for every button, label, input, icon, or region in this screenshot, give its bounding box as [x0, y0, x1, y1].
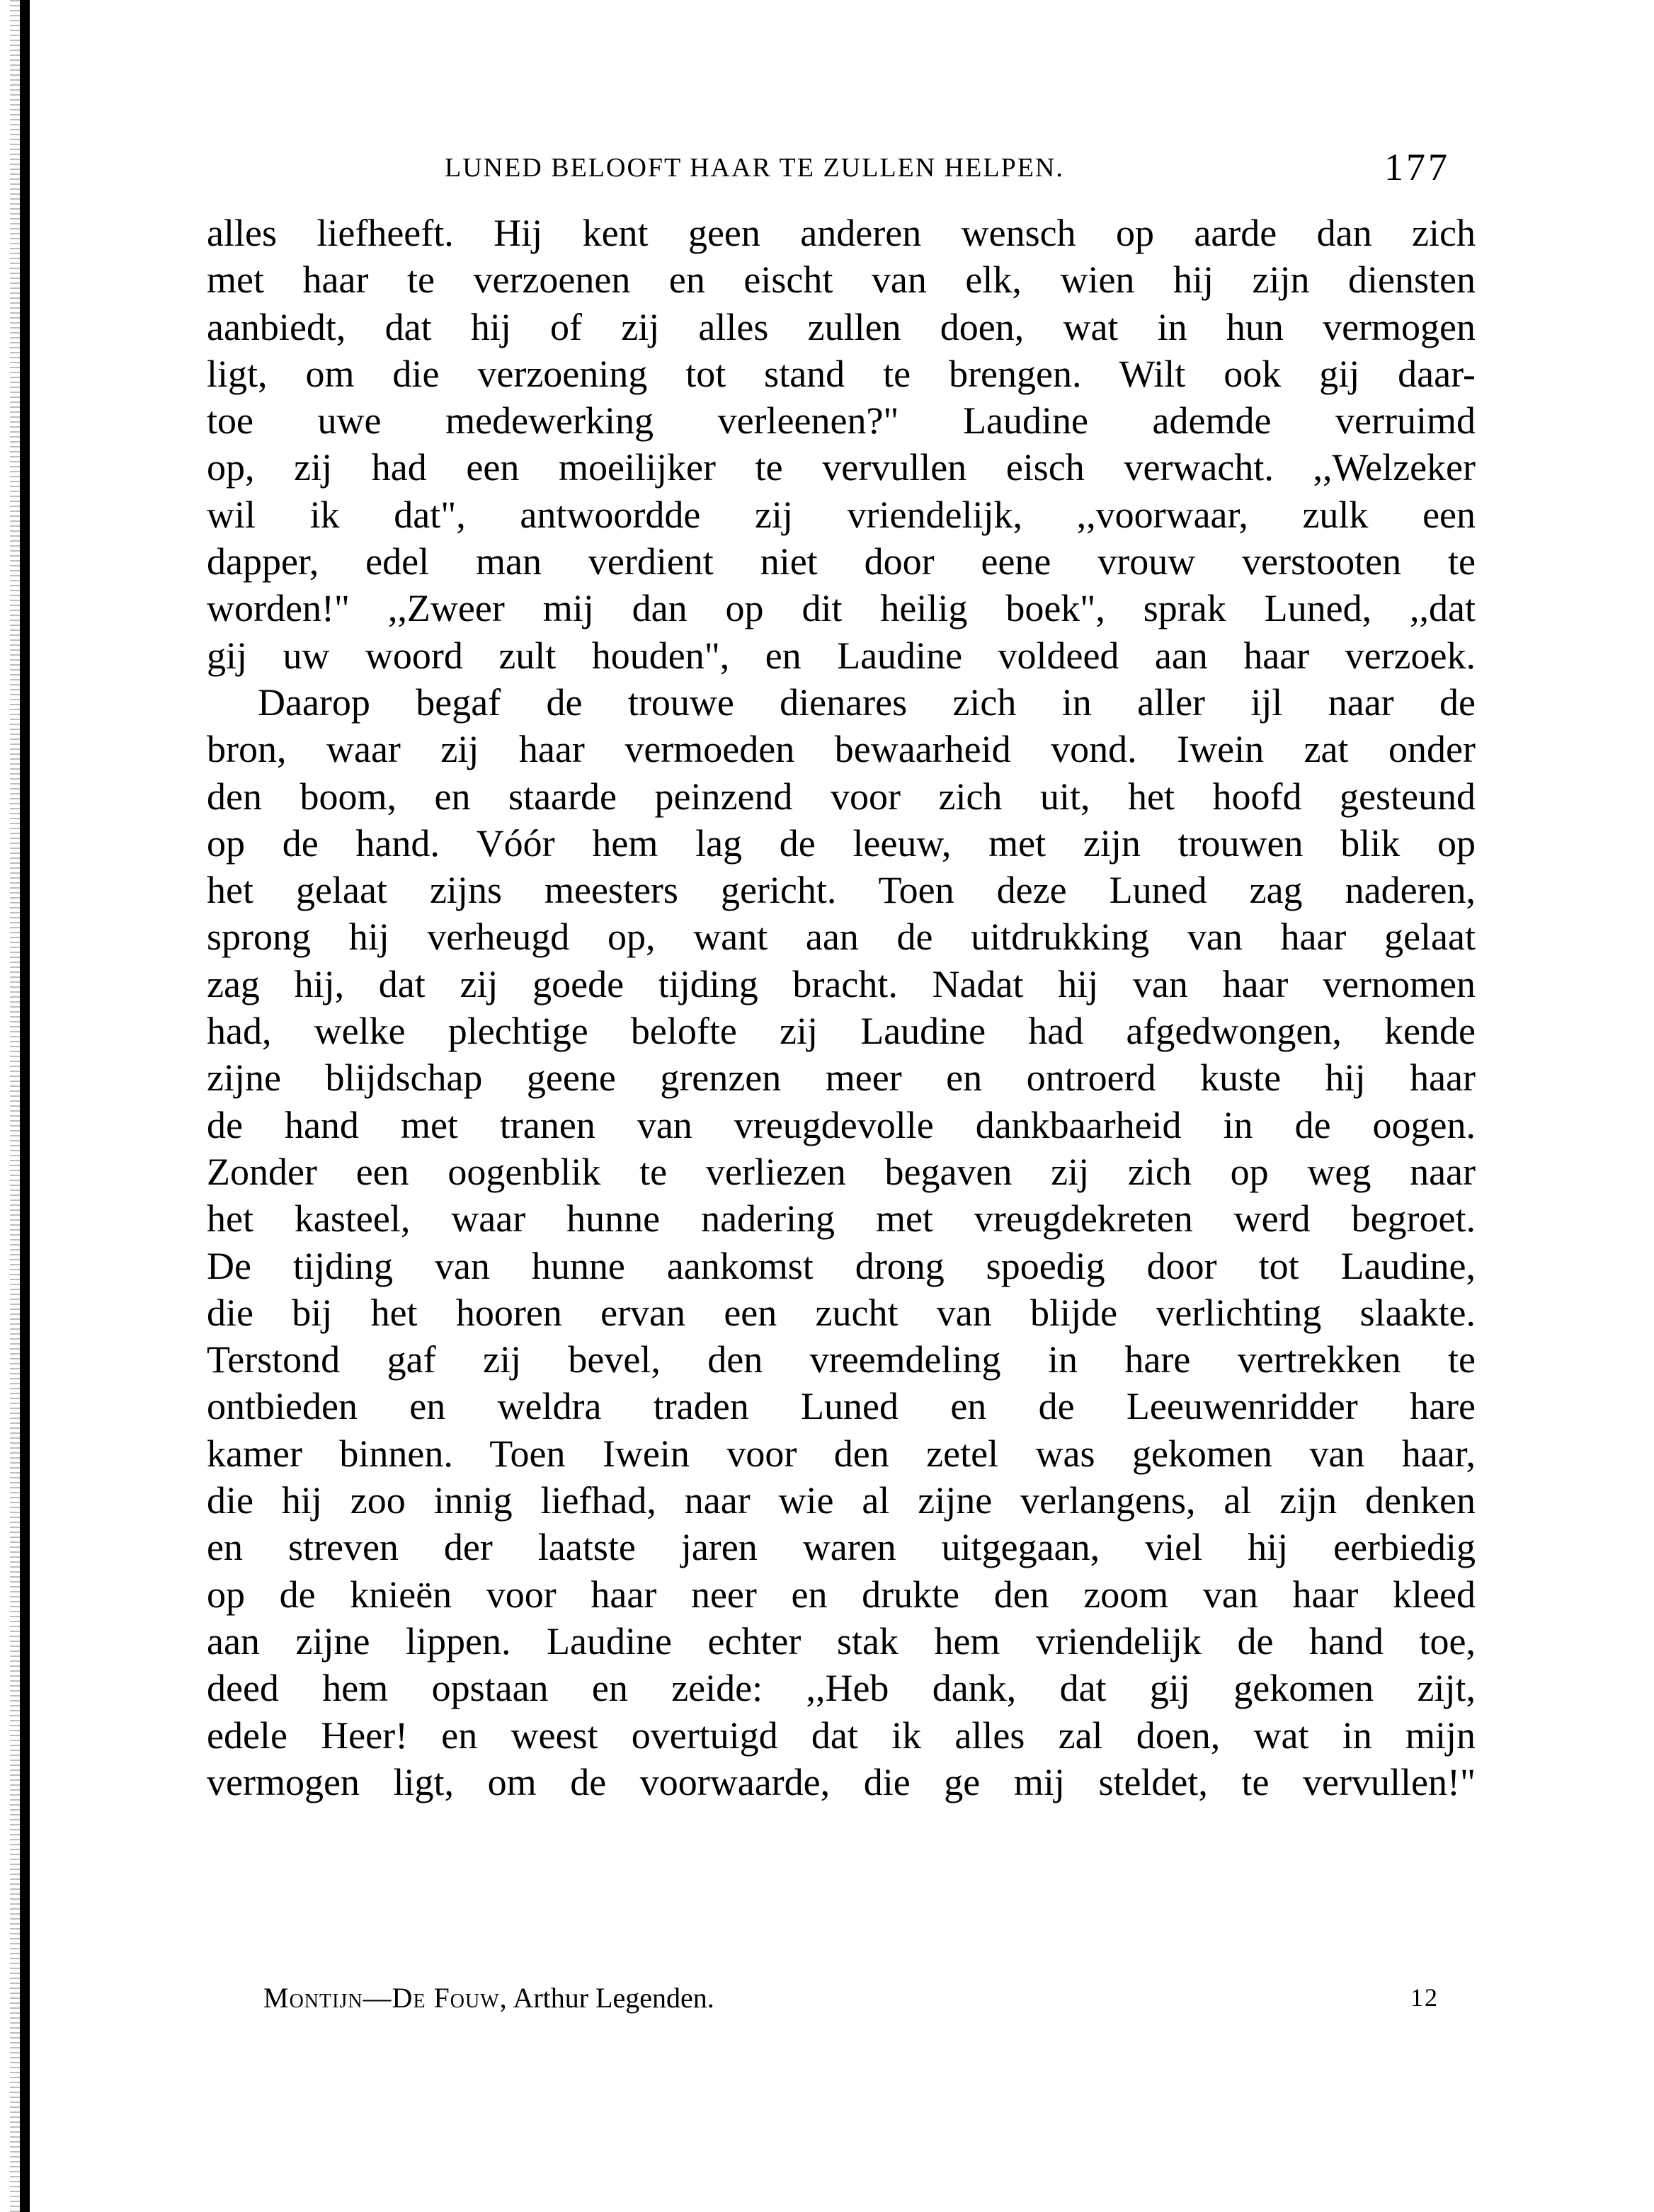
text-line: aan zijne lippen. Laudine echter stak he…	[207, 1618, 1476, 1665]
text-line-content: op, zij had een moeilijker te vervullen …	[207, 444, 1476, 491]
text-line: en streven der laatste jaren waren uitge…	[207, 1524, 1476, 1570]
text-line: ligt, om die verzoening tot stand te bre…	[207, 350, 1476, 397]
text-line: sprong hij verheugd op, want aan de uitd…	[207, 913, 1476, 960]
text-line: kamer binnen. Toen Iwein voor den zetel …	[207, 1430, 1476, 1477]
text-line: het gelaat zijns meesters gericht. Toen …	[207, 867, 1476, 913]
body-text: alles liefheeft. Hij kent geen anderen w…	[207, 210, 1476, 1806]
text-line: De tijding van hunne aankomst drong spoe…	[207, 1243, 1476, 1289]
text-line-content: edele Heer! en weest overtuigd dat ik al…	[207, 1712, 1476, 1759]
text-line-content: kamer binnen. Toen Iwein voor den zetel …	[207, 1430, 1476, 1477]
text-line: worden!" ,,Zweer mij dan op dit heilig b…	[207, 585, 1476, 632]
text-line-content: worden!" ,,Zweer mij dan op dit heilig b…	[207, 585, 1476, 632]
text-line-content: het kasteel, waar hunne nadering met vre…	[207, 1195, 1476, 1242]
text-line-content: ontbieden en weldra traden Luned en de L…	[207, 1383, 1476, 1430]
text-line-content: op de hand. Vóór hem lag de leeuw, met z…	[207, 820, 1476, 867]
text-line-content: het gelaat zijns meesters gericht. Toen …	[207, 867, 1476, 913]
text-line-content: deed hem opstaan en zeide: ,,Heb dank, d…	[207, 1665, 1476, 1711]
text-line: toe uwe medewerking verleenen?" Laudine …	[207, 397, 1476, 444]
scan-edge-noise	[10, 0, 20, 2212]
text-line-content: gij uw woord zult houden", en Laudine vo…	[207, 632, 1476, 679]
text-line-content: Daarop begaf de trouwe dienares zich in …	[258, 679, 1476, 726]
text-line: vermogen ligt, om de voorwaarde, die ge …	[207, 1759, 1476, 1806]
text-line: bron, waar zij haar vermoeden bewaarheid…	[207, 726, 1476, 773]
text-line: Zonder een oogenblik te verliezen begave…	[207, 1148, 1476, 1195]
scan-binding-edge	[20, 0, 30, 2212]
text-line: Terstond gaf zij bevel, den vreemdeling …	[207, 1336, 1476, 1383]
text-line: zijne blijdschap geene grenzen meer en o…	[207, 1054, 1476, 1101]
text-line: den boom, en staarde peinzend voor zich …	[207, 773, 1476, 820]
text-line-content: die bij het hooren ervan een zucht van b…	[207, 1289, 1476, 1336]
text-line: ontbieden en weldra traden Luned en de L…	[207, 1383, 1476, 1430]
text-line-content: alles liefheeft. Hij kent geen anderen w…	[207, 210, 1476, 256]
text-line-content: sprong hij verheugd op, want aan de uitd…	[207, 913, 1476, 960]
page-number: 177	[1384, 145, 1450, 189]
text-line-content: Terstond gaf zij bevel, den vreemdeling …	[207, 1336, 1476, 1383]
text-line-content: bron, waar zij haar vermoeden bewaarheid…	[207, 726, 1476, 773]
text-line: op de knieën voor haar neer en drukte de…	[207, 1571, 1476, 1618]
text-line: op, zij had een moeilijker te vervullen …	[207, 444, 1476, 491]
running-title: LUNED BELOOFT HAAR TE ZULLEN HELPEN.	[445, 152, 1064, 183]
footer-author: Montijn—De Fouw,	[263, 1982, 508, 2014]
text-line: gij uw woord zult houden", en Laudine vo…	[207, 632, 1476, 679]
text-line: dapper, edel man verdient niet door eene…	[207, 538, 1476, 585]
text-line-content: vermogen ligt, om de voorwaarde, die ge …	[207, 1759, 1476, 1806]
text-line: die bij het hooren ervan een zucht van b…	[207, 1289, 1476, 1336]
text-line-content: den boom, en staarde peinzend voor zich …	[207, 773, 1476, 820]
text-line-content: wil ik dat", antwoordde zij vriendelijk,…	[207, 491, 1476, 538]
text-line-content: toe uwe medewerking verleenen?" Laudine …	[207, 397, 1476, 444]
text-line: die hij zoo innig liefhad, naar wie al z…	[207, 1477, 1476, 1524]
signature-mark: 12	[1410, 1983, 1439, 2012]
text-line: de hand met tranen van vreugdevolle dank…	[207, 1102, 1476, 1148]
text-line: deed hem opstaan en zeide: ,,Heb dank, d…	[207, 1665, 1476, 1711]
text-line-content: aanbiedt, dat hij of zij alles zullen do…	[207, 304, 1476, 350]
text-line: zag hij, dat zij goede tijding bracht. N…	[207, 961, 1476, 1008]
text-line: Daarop begaf de trouwe dienares zich in …	[207, 679, 1476, 726]
page-footer: Montijn—De Fouw, Arthur Legenden. 12	[263, 1981, 1439, 2017]
text-line-content: zijne blijdschap geene grenzen meer en o…	[207, 1054, 1476, 1101]
text-line-content: met haar te verzoenen en eischt van elk,…	[207, 256, 1476, 303]
text-line: alles liefheeft. Hij kent geen anderen w…	[207, 210, 1476, 256]
text-line-content: aan zijne lippen. Laudine echter stak he…	[207, 1618, 1476, 1665]
text-line-content: op de knieën voor haar neer en drukte de…	[207, 1571, 1476, 1618]
text-line-content: dapper, edel man verdient niet door eene…	[207, 538, 1476, 585]
footer-title: Arthur Legenden.	[513, 1982, 714, 2014]
text-line-content: ligt, om die verzoening tot stand te bre…	[207, 350, 1476, 397]
text-line: edele Heer! en weest overtuigd dat ik al…	[207, 1712, 1476, 1759]
footer-citation: Montijn—De Fouw, Arthur Legenden.	[263, 1981, 714, 2014]
text-line-content: De tijding van hunne aankomst drong spoe…	[207, 1243, 1476, 1289]
text-line-content: de hand met tranen van vreugdevolle dank…	[207, 1102, 1476, 1148]
text-line-content: zag hij, dat zij goede tijding bracht. N…	[207, 961, 1476, 1008]
text-line: aanbiedt, dat hij of zij alles zullen do…	[207, 304, 1476, 350]
text-line: wil ik dat", antwoordde zij vriendelijk,…	[207, 491, 1476, 538]
text-line: had, welke plechtige belofte zij Laudine…	[207, 1008, 1476, 1054]
text-line: het kasteel, waar hunne nadering met vre…	[207, 1195, 1476, 1242]
text-line-content: die hij zoo innig liefhad, naar wie al z…	[207, 1477, 1476, 1524]
text-line-content: Zonder een oogenblik te verliezen begave…	[207, 1148, 1476, 1195]
text-line: met haar te verzoenen en eischt van elk,…	[207, 256, 1476, 303]
text-line-content: en streven der laatste jaren waren uitge…	[207, 1524, 1476, 1570]
text-line: op de hand. Vóór hem lag de leeuw, met z…	[207, 820, 1476, 867]
text-line-content: had, welke plechtige belofte zij Laudine…	[207, 1008, 1476, 1054]
running-head: LUNED BELOOFT HAAR TE ZULLEN HELPEN. 177	[445, 145, 1450, 188]
